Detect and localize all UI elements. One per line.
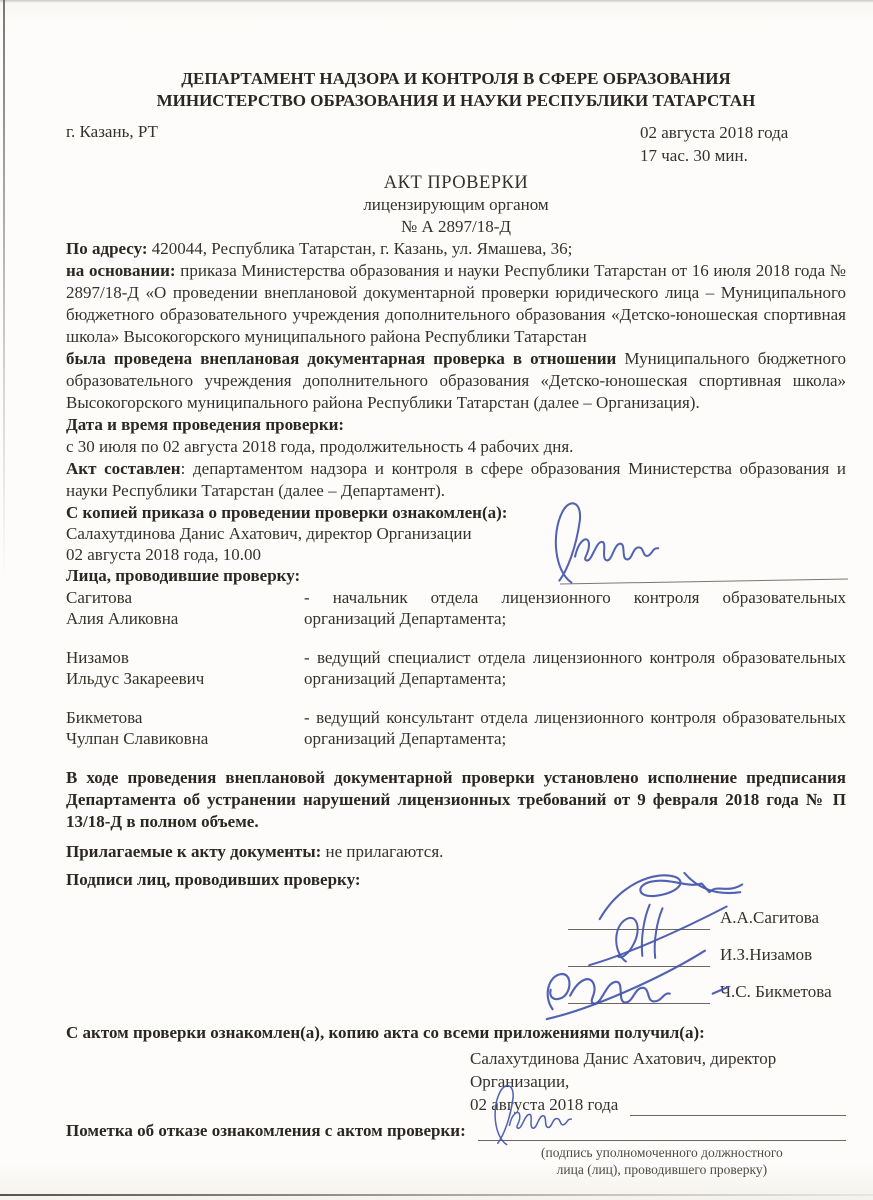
director-signature-line (560, 578, 848, 584)
inspector-name: Сагитова Алия Аликовна (66, 587, 304, 629)
inspectors-label: Лица, проводившие проверку: (66, 566, 300, 585)
acquainted-name-line1: Салахутдинова Данис Ахатович, директор (470, 1047, 846, 1070)
signature-line (568, 942, 710, 967)
header-line-2: МИНИСТЕРСТВО ОБРАЗОВАНИЯ И НАУКИ РЕСПУБЛ… (66, 90, 846, 112)
address-text: 420044, Республика Татарстан, г. Казань,… (148, 239, 573, 258)
acquainted-block: Салахутдинова Данис Ахатович, директор О… (470, 1047, 846, 1116)
inspector-lastname: Бикметова (66, 707, 304, 728)
scan-edge-artifact-left (3, 0, 5, 580)
conducted-label: была проведена внеплановая документарная… (66, 349, 616, 368)
acquainted-name-line2: Организации, (470, 1070, 846, 1093)
basis-label: на основании: (66, 261, 176, 280)
copy-acquainted-label-text: С копией приказа о проведении проверки о… (66, 503, 507, 522)
refusal-row: Пометка об отказе ознакомления с актом п… (66, 1120, 846, 1178)
inspector-row-2: Низамов Ильдус Закареевич - ведущий спец… (66, 647, 846, 689)
check-period-label-text: Дата и время проведения проверки: (66, 415, 344, 434)
address-paragraph: По адресу: 420044, Республика Татарстан,… (66, 238, 846, 260)
document-header: ДЕПАРТАМЕНТ НАДЗОРА И КОНТРОЛЯ В СФЕРЕ О… (66, 68, 846, 112)
signature-line (568, 979, 710, 1004)
attachments-text: не прилагаются. (321, 842, 443, 861)
address-label: По адресу: (66, 239, 148, 258)
place-date-row: г. Казань, РТ 02 августа 2018 года 17 ча… (66, 121, 846, 169)
attachments-label: Прилагаемые к акту документы: (66, 842, 321, 861)
act-composed-label: Акт составлен (66, 459, 181, 478)
signer-name: Ч.С. Бикметова (720, 980, 832, 1004)
signature-caption: (подпись уполномоченного должностного ли… (478, 1144, 846, 1178)
refusal-label: Пометка об отказе ознакомления с актом п… (66, 1120, 466, 1178)
time-line: 17 час. 30 мин. (640, 144, 788, 167)
inspector-firstname: Ильдус Закареевич (66, 668, 304, 689)
inspector-row-3: Бикметова Чулпан Славиковна - ведущий ко… (66, 707, 846, 749)
copy-acquainted-label: С копией приказа о проведении проверки о… (66, 502, 846, 524)
inspector-lastname: Сагитова (66, 587, 304, 608)
inspector-role: - ведущий специалист отдела лицензионног… (304, 647, 846, 689)
document-content: ДЕПАРТАМЕНТ НАДЗОРА И КОНТРОЛЯ В СФЕРЕ О… (66, 68, 846, 1178)
signature-row-3: Ч.С. Бикметова (568, 967, 846, 1004)
signatures-label-text: Подписи лиц, проводивших проверку: (66, 870, 361, 889)
conducted-paragraph: была проведена внеплановая документарная… (66, 348, 846, 414)
inspector-firstname: Алия Аликовна (66, 608, 304, 629)
date-line: 02 августа 2018 года (640, 121, 788, 144)
act-title: АКТ ПРОВЕРКИ (66, 172, 846, 194)
scan-edge-artifact-bottom (0, 1194, 873, 1196)
scan-edge-artifact-top (0, 0, 873, 3)
scanned-document-page: ДЕПАРТАМЕНТ НАДЗОРА И КОНТРОЛЯ В СФЕРЕ О… (0, 0, 873, 1200)
basis-paragraph: на основании: приказа Министерства образ… (66, 260, 846, 348)
inspector-role: - начальник отдела лицензионного контрол… (304, 587, 846, 629)
datetime-block: 02 августа 2018 года 17 час. 30 мин. (640, 121, 788, 167)
signatures-block: А.А.Сагитова И.З.Низамов Ч.С. Бикметова (568, 893, 846, 1004)
act-title-block: АКТ ПРОВЕРКИ лицензирующим органом № А 2… (66, 172, 846, 238)
inspector-firstname: Чулпан Славиковна (66, 728, 304, 749)
inspector-lastname: Низамов (66, 647, 304, 668)
copy-acquainted-name: Салахутдинова Данис Ахатович, директор О… (66, 524, 846, 544)
signature-line (568, 905, 710, 930)
refusal-signature-line (478, 1120, 846, 1141)
acquainted-date-row: 02 августа 2018 года (470, 1093, 846, 1116)
signer-name: И.З.Низамов (720, 943, 812, 967)
act-number: № А 2897/18-Д (66, 216, 846, 238)
acquainted-label: С актом проверки ознакомлен(а), копию ак… (66, 1022, 846, 1044)
inspector-role: - ведущий консультант отдела лицензионно… (304, 707, 846, 749)
attachments-paragraph: Прилагаемые к акту документы: не прилага… (66, 841, 846, 863)
check-period-label: Дата и время проведения проверки: (66, 414, 846, 436)
check-period-text: с 30 июля по 02 августа 2018 года, продо… (66, 436, 846, 458)
act-composed-text: : департаментом надзора и контроля в сфе… (66, 459, 846, 500)
place-label: г. Казань, РТ (66, 122, 158, 141)
copy-acquainted-datetime: 02 августа 2018 года, 10.00 (66, 544, 846, 565)
caption-line-2: лица (лиц), проводившего проверку) (478, 1161, 846, 1178)
act-subtitle: лицензирующим органом (66, 194, 846, 216)
basis-text: приказа Министерства образования и науки… (66, 261, 846, 346)
inspector-row-1: Сагитова Алия Аликовна - начальник отдел… (66, 587, 846, 629)
conclusion-paragraph: В ходе проведения внеплановой документар… (66, 767, 846, 833)
inspectors-label-row: Лица, проводившие проверку: (66, 565, 846, 587)
refusal-label-text: Пометка об отказе ознакомления с актом п… (66, 1121, 466, 1140)
acquainted-date: 02 августа 2018 года (470, 1093, 618, 1116)
inspector-name: Бикметова Чулпан Славиковна (66, 707, 304, 749)
header-line-1: ДЕПАРТАМЕНТ НАДЗОРА И КОНТРОЛЯ В СФЕРЕ О… (66, 68, 846, 90)
acquainted-label-text: С актом проверки ознакомлен(а), копию ак… (66, 1023, 705, 1042)
refusal-signature-area: (подпись уполномоченного должностного ли… (478, 1120, 846, 1178)
signatures-label: Подписи лиц, проводивших проверку: (66, 869, 846, 891)
caption-line-1: (подпись уполномоченного должностного (478, 1144, 846, 1161)
signer-name: А.А.Сагитова (720, 906, 819, 930)
act-composed-paragraph: Акт составлен: департаментом надзора и к… (66, 458, 846, 502)
signature-row-1: А.А.Сагитова (568, 893, 846, 930)
inspector-name: Низамов Ильдус Закареевич (66, 647, 304, 689)
signature-row-2: И.З.Низамов (568, 930, 846, 967)
acquainted-signature-line (630, 1099, 846, 1116)
